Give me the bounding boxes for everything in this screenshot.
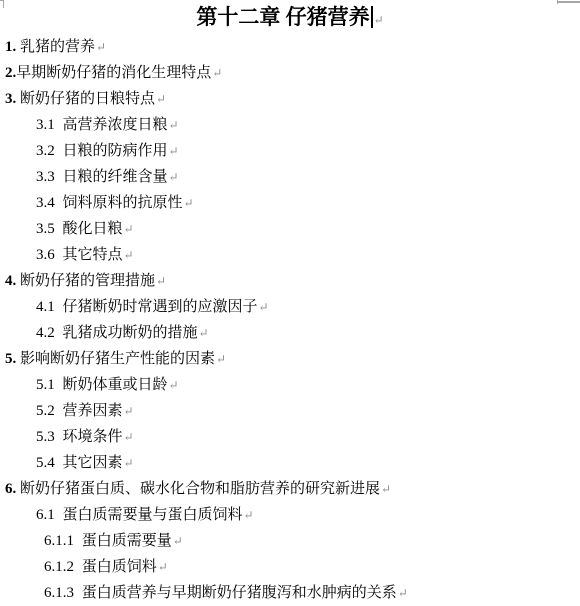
crop-mark-top-right-icon [557,0,558,4]
item-number: 6.1.3 [44,585,78,601]
item-text: 蛋白质需要量 [82,533,172,549]
item-number: 3.3 [36,169,59,185]
item-text: 乳猪成功断奶的措施 [63,325,198,341]
outline-item-6-1[interactable]: 6.1 蛋白质需要量与蛋白质饲料↵ [0,502,580,528]
item-number: 5.3 [36,429,59,445]
item-text: 断奶仔猪蛋白质、碳水化合物和脂肪营养的研究新进展 [20,481,380,497]
item-number: 4.1 [36,299,59,315]
outline-item-5-3[interactable]: 5.3 环境条件↵ [0,424,580,450]
outline-item-4[interactable]: 4. 断奶仔猪的管理措施↵ [0,268,580,294]
item-text: 其它因素 [63,455,123,471]
outline-item-6-1-2[interactable]: 6.1.2 蛋白质饲料↵ [0,554,580,580]
item-text: 蛋白质饲料 [82,559,157,575]
outline-item-2[interactable]: 2.早期断奶仔猪的消化生理特点↵ [0,60,580,86]
paragraph-mark-icon: ↵ [173,534,183,548]
document-title[interactable]: 第十二章 仔猪营养↵ [0,0,580,34]
item-number: 4.2 [36,325,59,341]
outline-item-3-3[interactable]: 3.3 日粮的纤维含量↵ [0,164,580,190]
item-number: 3.6 [36,247,59,263]
paragraph-mark-icon: ↵ [124,222,134,236]
item-number: 5.2 [36,403,59,419]
item-text: 蛋白质营养与早期断奶仔猪腹泻和水肿病的关系 [82,585,397,601]
paragraph-mark-icon: ↵ [244,508,254,522]
paragraph-mark-icon: ↵ [212,66,222,80]
outline-item-5-4[interactable]: 5.4 其它因素↵ [0,450,580,476]
item-number: 3.4 [36,195,59,211]
outline-item-5-1[interactable]: 5.1 断奶体重或日龄↵ [0,372,580,398]
item-text: 早期断奶仔猪的消化生理特点 [16,65,211,81]
item-text: 营养因素 [63,403,123,419]
item-text: 影响断奶仔猪生产性能的因素 [20,351,215,367]
item-number: 4. [5,273,20,289]
outline-item-6[interactable]: 6. 断奶仔猪蛋白质、碳水化合物和脂肪营养的研究新进展↵ [0,476,580,502]
paragraph-mark-icon: ↵ [374,13,384,27]
crop-mark-top-left-icon [3,0,4,8]
item-text: 日粮的纤维含量 [63,169,168,185]
item-number: 2. [5,65,16,81]
item-text: 环境条件 [63,429,123,445]
title-text: 第十二章 仔猪营养 [196,5,369,29]
crop-mark-top-right-icon [558,1,580,3]
outline-item-3-6[interactable]: 3.6 其它特点↵ [0,242,580,268]
outline-item-5-2[interactable]: 5.2 营养因素↵ [0,398,580,424]
paragraph-mark-icon: ↵ [156,274,166,288]
paragraph-mark-icon: ↵ [124,456,134,470]
paragraph-mark-icon: ↵ [124,404,134,418]
paragraph-mark-icon: ↵ [199,326,209,340]
item-text: 断奶体重或日龄 [63,377,168,393]
paragraph-mark-icon: ↵ [216,352,226,366]
paragraph-mark-icon: ↵ [169,170,179,184]
outline-item-3-2[interactable]: 3.2 日粮的防病作用↵ [0,138,580,164]
item-number: 3. [5,91,20,107]
outline-item-3-5[interactable]: 3.5 酸化日粮↵ [0,216,580,242]
paragraph-mark-icon: ↵ [124,248,134,262]
paragraph-mark-icon: ↵ [259,300,269,314]
item-text: 断奶仔猪的日粮特点 [20,91,155,107]
crop-mark-top-left-icon [0,0,4,1]
item-text: 断奶仔猪的管理措施 [20,273,155,289]
outline-item-4-1[interactable]: 4.1 仔猪断奶时常遇到的应激因子↵ [0,294,580,320]
item-number: 3.1 [36,117,59,133]
outline-item-3-1[interactable]: 3.1 高营养浓度日粮↵ [0,112,580,138]
document-page: 第十二章 仔猪营养↵ 1. 乳猪的营养↵ 2.早期断奶仔猪的消化生理特点↵ 3.… [0,0,580,606]
paragraph-mark-icon: ↵ [156,92,166,106]
item-text: 高营养浓度日粮 [63,117,168,133]
outline-item-3-4[interactable]: 3.4 饲料原料的抗原性↵ [0,190,580,216]
item-number: 3.5 [36,221,59,237]
outline-item-4-2[interactable]: 4.2 乳猪成功断奶的措施↵ [0,320,580,346]
item-text: 仔猪断奶时常遇到的应激因子 [63,299,258,315]
outline-item-6-1-3[interactable]: 6.1.3 蛋白质营养与早期断奶仔猪腹泻和水肿病的关系↵ [0,580,580,606]
item-number: 1. [5,39,20,55]
outline-item-5[interactable]: 5. 影响断奶仔猪生产性能的因素↵ [0,346,580,372]
paragraph-mark-icon: ↵ [158,560,168,574]
item-text: 蛋白质需要量与蛋白质饲料 [63,507,243,523]
paragraph-mark-icon: ↵ [96,40,106,54]
item-text: 其它特点 [63,247,123,263]
item-number: 6.1 [36,507,59,523]
item-number: 6.1.2 [44,559,78,575]
item-text: 乳猪的营养 [20,39,95,55]
paragraph-mark-icon: ↵ [381,482,391,496]
item-text: 饲料原料的抗原性 [63,195,183,211]
paragraph-mark-icon: ↵ [169,118,179,132]
item-text: 日粮的防病作用 [63,143,168,159]
text-cursor [371,6,373,28]
item-number: 6. [5,481,20,497]
paragraph-mark-icon: ↵ [169,144,179,158]
item-number: 6.1.1 [44,533,78,549]
item-number: 3.2 [36,143,59,159]
paragraph-mark-icon: ↵ [184,196,194,210]
item-text: 酸化日粮 [63,221,123,237]
item-number: 5.1 [36,377,59,393]
item-number: 5. [5,351,20,367]
outline-item-1[interactable]: 1. 乳猪的营养↵ [0,34,580,60]
outline-item-6-1-1[interactable]: 6.1.1 蛋白质需要量↵ [0,528,580,554]
item-number: 5.4 [36,455,59,471]
paragraph-mark-icon: ↵ [124,430,134,444]
outline-item-3[interactable]: 3. 断奶仔猪的日粮特点↵ [0,86,580,112]
paragraph-mark-icon: ↵ [398,586,408,600]
paragraph-mark-icon: ↵ [169,378,179,392]
